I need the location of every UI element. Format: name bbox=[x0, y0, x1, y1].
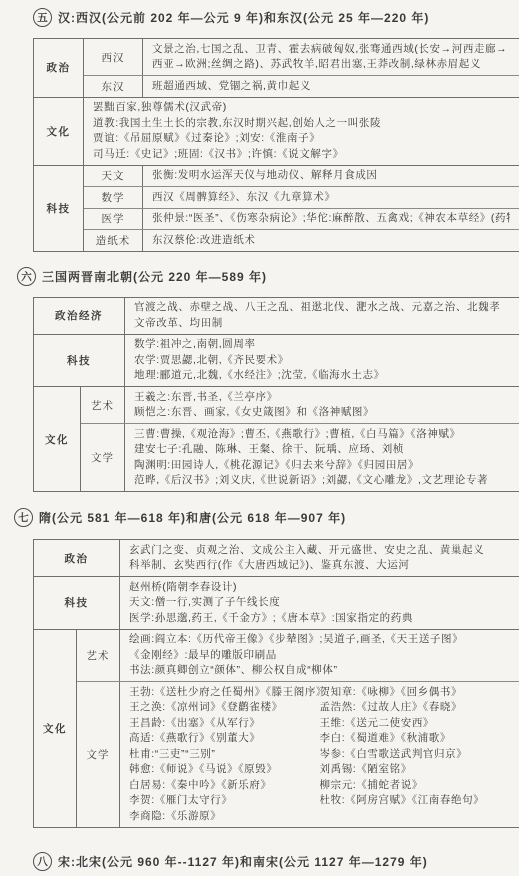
content-line: 东汉蔡伦:改进造纸术 bbox=[152, 233, 510, 249]
right-column-entry: 柳宗元:《捕蛇者说》 bbox=[320, 778, 511, 794]
row-header-cell: 科技 bbox=[34, 335, 125, 387]
content-line: 赵州桥(隋朝李春设计) bbox=[129, 580, 510, 596]
content-line: 玄武门之变、贞观之治、文成公主入藏、开元盛世、安史之乱、黄巢起义 bbox=[129, 543, 510, 559]
group-rows: 玄武门之变、贞观之治、文成公主入藏、开元盛世、安史之乱、黄巢起义科举制、玄奘西行… bbox=[120, 540, 519, 576]
section-title: 三国两晋南北朝(公元 220 年—589 年) bbox=[42, 268, 267, 285]
right-column-entry: 杜牧:《阿房宫赋》《江南春绝句》 bbox=[320, 793, 511, 809]
content-line-two-column: 李商隐:《乐游原》 bbox=[129, 809, 510, 825]
sub-header-cell: 数学 bbox=[84, 187, 143, 208]
content-line: 《金刚经》:最早的雕版印刷品 bbox=[129, 648, 510, 664]
table-group-row: 科技数学:祖冲之,南朝,圆周率农学:贾思勰,北朝,《齐民要术》地理:郦道元,北魏… bbox=[34, 335, 519, 388]
left-column-entry: 杜甫:“三吏”“三别” bbox=[129, 747, 320, 763]
left-column-entry: 王昌龄:《出塞》《从军行》 bbox=[129, 716, 320, 732]
table-row: 天文张衡:发明水运浑天仪与地动仪、解释月食成因 bbox=[84, 166, 519, 187]
content-line: 官渡之战、赤壁之战、八王之乱、祖逖北伐、淝水之战、元嘉之治、北魏孝文帝改革、均田… bbox=[134, 300, 510, 331]
content-line: 三曹:曹操,《观沧海》;曹丕,《燕歌行》;曹植,《白马篇》《洛神赋》 bbox=[134, 427, 510, 443]
group-rows: 官渡之战、赤壁之战、八王之乱、祖逖北伐、淝水之战、元嘉之治、北魏孝文帝改革、均田… bbox=[125, 298, 519, 334]
section-number-badge: 六 bbox=[17, 267, 36, 286]
content-line: 陶渊明:田园诗人,《桃花源记》《归去来兮辞》《归园田居》 bbox=[134, 458, 510, 474]
section-number-badge: 五 bbox=[33, 8, 52, 27]
section-number-badge: 八 bbox=[33, 852, 52, 871]
table-row: 数学:祖冲之,南朝,圆周率农学:贾思勰,北朝,《齐民要术》地理:郦道元,北魏,《… bbox=[125, 335, 519, 387]
content-cell: 绘画:阎立本:《历代帝王像》《步辇图》;吴道子,画圣,《天王送子图》《金刚经》:… bbox=[120, 630, 519, 682]
row-header-cell: 文化 bbox=[34, 387, 81, 491]
content-line: 司马迁:《史记》;班固:《汉书》;许慎:《说文解字》 bbox=[93, 147, 510, 163]
section-header: 七隋(公元 581 年—618 年)和唐(公元 618 年—907 年) bbox=[14, 507, 519, 527]
table-group-row: 科技天文张衡:发明水运浑天仪与地动仪、解释月食成因数学西汉《周髀算经》、东汉《九… bbox=[34, 166, 519, 252]
left-column-entry: 王之涣:《凉州词》《登鹳雀楼》 bbox=[129, 700, 320, 716]
right-column-entry: 孟浩然:《过故人庄》《春晓》 bbox=[320, 700, 511, 716]
content-line: 数学:祖冲之,南朝,圆周率 bbox=[134, 337, 510, 353]
content-line: 文景之治,七国之乱、卫青、霍去病破匈奴,张骞通西域(长安→河西走廊→西亚→欧洲;… bbox=[152, 42, 510, 73]
content-cell: 玄武门之变、贞观之治、文成公主入藏、开元盛世、安史之乱、黄巢起义科举制、玄奘西行… bbox=[120, 540, 519, 576]
left-column-entry: 白居易:《秦中吟》《新乐府》 bbox=[129, 778, 320, 794]
table-row: 罢黜百家,独尊儒术(汉武帝)道教:我国土生土长的宗教,东汉时期兴起,创始人之一叫… bbox=[84, 98, 519, 165]
section-title: 宋:北宋(公元 960 年--1127 年)和南宋(公元 1127 年—1279… bbox=[58, 853, 428, 870]
content-line-two-column: 王之涣:《凉州词》《登鹳雀楼》孟浩然:《过故人庄》《春晓》 bbox=[129, 700, 510, 716]
content-cell: 赵州桥(隋朝李春设计)天文:僧一行,实测了子午线长度医学:孙思邈,药王,《千金方… bbox=[120, 577, 519, 629]
right-column-entry: 贺知章:《咏柳》《回乡偶书》 bbox=[320, 685, 511, 701]
content-line: 顾恺之:东晋、画家,《女史箴图》和《洛神赋图》 bbox=[134, 405, 510, 421]
group-rows: 艺术绘画:阎立本:《历代帝王像》《步辇图》;吴道子,画圣,《天王送子图》《金刚经… bbox=[77, 630, 519, 827]
table-row: 玄武门之变、贞观之治、文成公主入藏、开元盛世、安史之乱、黄巢起义科举制、玄奘西行… bbox=[120, 540, 519, 576]
content-line: 地理:郦道元,北魏,《水经注》;沈莹,《临海水土志》 bbox=[134, 368, 510, 384]
content-cell: 班超通西域、党锢之祸,黄巾起义 bbox=[143, 76, 519, 97]
content-cell: 罢黜百家,独尊儒术(汉武帝)道教:我国土生土长的宗教,东汉时期兴起,创始人之一叫… bbox=[84, 98, 519, 165]
group-rows: 西汉文景之治,七国之乱、卫青、霍去病破匈奴,张骞通西域(长安→河西走廊→西亚→欧… bbox=[84, 39, 519, 97]
content-line-two-column: 高适:《燕歌行》《别董大》李白:《蜀道难》《秋浦歌》 bbox=[129, 731, 510, 747]
sub-header-cell: 艺术 bbox=[77, 630, 120, 682]
sub-header-cell: 西汉 bbox=[84, 39, 143, 75]
content-cell: 西汉《周髀算经》、东汉《九章算术》 bbox=[143, 187, 519, 208]
content-line: 罢黜百家,独尊儒术(汉武帝) bbox=[93, 100, 510, 116]
group-rows: 罢黜百家,独尊儒术(汉武帝)道教:我国土生土长的宗教,东汉时期兴起,创始人之一叫… bbox=[84, 98, 519, 165]
content-cell: 三曹:曹操,《观沧海》;曹丕,《燕歌行》;曹植,《白马篇》《洛神赋》建安七子:孔… bbox=[125, 424, 519, 491]
table-row: 艺术绘画:阎立本:《历代帝王像》《步辇图》;吴道子,画圣,《天王送子图》《金刚经… bbox=[77, 630, 519, 682]
content-line: 范晔,《后汉书》;刘义庆,《世说新语》;刘勰,《文心雕龙》,文艺理论专著 bbox=[134, 473, 510, 489]
content-line-two-column: 杜甫:“三吏”“三别”岑参:《白雪歌送武判官归京》 bbox=[129, 747, 510, 763]
section-header: 六三国两晋南北朝(公元 220 年—589 年) bbox=[17, 267, 519, 287]
content-line: 班超通西域、党锢之祸,黄巾起义 bbox=[152, 79, 510, 95]
table-row: 造纸术东汉蔡伦:改进造纸术 bbox=[84, 229, 519, 251]
sub-header-cell: 文学 bbox=[77, 682, 120, 827]
history-table: 政治玄武门之变、贞观之治、文成公主入藏、开元盛世、安史之乱、黄巢起义科举制、玄奘… bbox=[33, 539, 519, 828]
sub-header-cell: 医学 bbox=[84, 209, 143, 230]
table-group-row: 文化罢黜百家,独尊儒术(汉武帝)道教:我国土生土长的宗教,东汉时期兴起,创始人之… bbox=[34, 98, 519, 166]
scanned-document-page: 五汉:西汉(公元前 202 年—公元 9 年)和东汉(公元 25 年—220 年… bbox=[0, 7, 519, 876]
left-column-entry: 李贺:《雁门太守行》 bbox=[129, 793, 320, 809]
sub-header-cell: 造纸术 bbox=[84, 230, 143, 251]
content-line-two-column: 白居易:《秦中吟》《新乐府》柳宗元:《捕蛇者说》 bbox=[129, 778, 510, 794]
row-header-cell: 政治 bbox=[34, 540, 120, 576]
content-cell: 官渡之战、赤壁之战、八王之乱、祖逖北伐、淝水之战、元嘉之治、北魏孝文帝改革、均田… bbox=[125, 298, 519, 334]
row-header-cell: 文化 bbox=[34, 630, 77, 827]
row-header-cell: 科技 bbox=[34, 577, 120, 629]
sub-header-cell: 文学 bbox=[81, 424, 125, 491]
content-cell: 张仲景:“医圣”、《伤寒杂病论》;华佗:麻醉散、五禽戏;《神农本草经》(药物学) bbox=[143, 209, 519, 230]
table-group-row: 文化艺术绘画:阎立本:《历代帝王像》《步辇图》;吴道子,画圣,《天王送子图》《金… bbox=[34, 630, 519, 828]
content-line: 绘画:阎立本:《历代帝王像》《步辇图》;吴道子,画圣,《天王送子图》 bbox=[129, 632, 510, 648]
right-column-entry: 王维:《送元二使安西》 bbox=[320, 716, 511, 732]
sub-header-cell: 艺术 bbox=[81, 387, 125, 423]
content-line: 道教:我国土生土长的宗教,东汉时期兴起,创始人之一叫张陵 bbox=[93, 116, 510, 132]
section-title: 汉:西汉(公元前 202 年—公元 9 年)和东汉(公元 25 年—220 年) bbox=[58, 9, 429, 26]
section-header: 八宋:北宋(公元 960 年--1127 年)和南宋(公元 1127 年—127… bbox=[33, 852, 519, 872]
table-row: 医学张仲景:“医圣”、《伤寒杂病论》;华佗:麻醉散、五禽戏;《神农本草经》(药物… bbox=[84, 208, 519, 230]
table-row: 赵州桥(隋朝李春设计)天文:僧一行,实测了子午线长度医学:孙思邈,药王,《千金方… bbox=[120, 577, 519, 629]
content-line-two-column: 王勃:《送杜少府之任蜀州》《滕王阁序》贺知章:《咏柳》《回乡偶书》 bbox=[129, 685, 510, 701]
right-column-entry: 刘禹锡:《陋室铭》 bbox=[320, 762, 511, 778]
sub-header-cell: 东汉 bbox=[84, 76, 143, 97]
table-group-row: 政治西汉文景之治,七国之乱、卫青、霍去病破匈奴,张骞通西域(长安→河西走廊→西亚… bbox=[34, 39, 519, 98]
group-rows: 艺术王羲之:东晋,书圣,《兰亭序》顾恺之:东晋、画家,《女史箴图》和《洛神赋图》… bbox=[81, 387, 519, 491]
content-cell: 文景之治,七国之乱、卫青、霍去病破匈奴,张骞通西域(长安→河西走廊→西亚→欧洲;… bbox=[143, 39, 519, 75]
right-column-entry: 李白:《蜀道难》《秋浦歌》 bbox=[320, 731, 511, 747]
right-column-entry bbox=[320, 809, 511, 825]
left-column-entry: 王勃:《送杜少府之任蜀州》《滕王阁序》 bbox=[129, 685, 320, 701]
content-line: 王羲之:东晋,书圣,《兰亭序》 bbox=[134, 390, 510, 406]
table-group-row: 文化艺术王羲之:东晋,书圣,《兰亭序》顾恺之:东晋、画家,《女史箴图》和《洛神赋… bbox=[34, 387, 519, 492]
table-row: 文学王勃:《送杜少府之任蜀州》《滕王阁序》贺知章:《咏柳》《回乡偶书》王之涣:《… bbox=[77, 681, 519, 827]
group-rows: 数学:祖冲之,南朝,圆周率农学:贾思勰,北朝,《齐民要术》地理:郦道元,北魏,《… bbox=[125, 335, 519, 387]
content-cell: 王勃:《送杜少府之任蜀州》《滕王阁序》贺知章:《咏柳》《回乡偶书》王之涣:《凉州… bbox=[120, 682, 519, 827]
content-cell: 东汉蔡伦:改进造纸术 bbox=[143, 230, 519, 251]
content-line-two-column: 王昌龄:《出塞》《从军行》王维:《送元二使安西》 bbox=[129, 716, 510, 732]
table-row: 文学三曹:曹操,《观沧海》;曹丕,《燕歌行》;曹植,《白马篇》《洛神赋》建安七子… bbox=[81, 423, 519, 491]
content-line-two-column: 韩愈:《师说》《马说》《原毁》刘禹锡:《陋室铭》 bbox=[129, 762, 510, 778]
left-column-entry: 李商隐:《乐游原》 bbox=[129, 809, 320, 825]
content-cell: 张衡:发明水运浑天仪与地动仪、解释月食成因 bbox=[143, 166, 519, 187]
section-number-badge: 七 bbox=[14, 508, 33, 527]
group-rows: 赵州桥(隋朝李春设计)天文:僧一行,实测了子午线长度医学:孙思邈,药王,《千金方… bbox=[120, 577, 519, 629]
content-cell: 数学:祖冲之,南朝,圆周率农学:贾思勰,北朝,《齐民要术》地理:郦道元,北魏,《… bbox=[125, 335, 519, 387]
content-line: 张仲景:“医圣”、《伤寒杂病论》;华佗:麻醉散、五禽戏;《神农本草经》(药物学) bbox=[152, 211, 510, 227]
content-line: 医学:孙思邈,药王,《千金方》;《唐本草》:国家指定的药典 bbox=[129, 611, 510, 627]
left-column-entry: 高适:《燕歌行》《别董大》 bbox=[129, 731, 320, 747]
row-header-cell: 政治 bbox=[34, 39, 84, 97]
table-row: 东汉班超通西域、党锢之祸,黄巾起义 bbox=[84, 75, 519, 97]
left-column-entry: 韩愈:《师说》《马说》《原毁》 bbox=[129, 762, 320, 778]
right-column-entry: 岑参:《白雪歌送武判官归京》 bbox=[320, 747, 511, 763]
table-group-row: 政治玄武门之变、贞观之治、文成公主入藏、开元盛世、安史之乱、黄巢起义科举制、玄奘… bbox=[34, 540, 519, 577]
row-header-cell: 科技 bbox=[34, 166, 84, 251]
section-header: 五汉:西汉(公元前 202 年—公元 9 年)和东汉(公元 25 年—220 年… bbox=[33, 7, 519, 27]
row-header-cell: 文化 bbox=[34, 98, 84, 165]
table-row: 数学西汉《周髀算经》、东汉《九章算术》 bbox=[84, 186, 519, 208]
group-rows: 天文张衡:发明水运浑天仪与地动仪、解释月食成因数学西汉《周髀算经》、东汉《九章算… bbox=[84, 166, 519, 251]
content-line-two-column: 李贺:《雁门太守行》杜牧:《阿房宫赋》《江南春绝句》 bbox=[129, 793, 510, 809]
content-line: 建安七子:孔融、陈琳、王粲、徐干、阮瑀、应玚、刘桢 bbox=[134, 442, 510, 458]
table-row: 官渡之战、赤壁之战、八王之乱、祖逖北伐、淝水之战、元嘉之治、北魏孝文帝改革、均田… bbox=[125, 298, 519, 334]
content-line: 农学:贾思勰,北朝,《齐民要术》 bbox=[134, 353, 510, 369]
content-cell: 王羲之:东晋,书圣,《兰亭序》顾恺之:东晋、画家,《女史箴图》和《洛神赋图》 bbox=[125, 387, 519, 423]
content-line: 贾谊:《吊屈原赋》《过秦论》;刘安:《淮南子》 bbox=[93, 131, 510, 147]
table-row: 艺术王羲之:东晋,书圣,《兰亭序》顾恺之:东晋、画家,《女史箴图》和《洛神赋图》 bbox=[81, 387, 519, 423]
content-line: 天文:僧一行,实测了子午线长度 bbox=[129, 595, 510, 611]
sub-header-cell: 天文 bbox=[84, 166, 143, 187]
content-line: 书法:颜真卿创立“颜体”、柳公权自成“柳体” bbox=[129, 663, 510, 679]
content-line: 西汉《周髀算经》、东汉《九章算术》 bbox=[152, 190, 510, 206]
table-row: 西汉文景之治,七国之乱、卫青、霍去病破匈奴,张骞通西域(长安→河西走廊→西亚→欧… bbox=[84, 39, 519, 75]
section-title: 隋(公元 581 年—618 年)和唐(公元 618 年—907 年) bbox=[39, 509, 346, 526]
row-header-cell: 政治经济 bbox=[34, 298, 125, 334]
table-group-row: 政治经济官渡之战、赤壁之战、八王之乱、祖逖北伐、淝水之战、元嘉之治、北魏孝文帝改… bbox=[34, 298, 519, 335]
history-table: 政治西汉文景之治,七国之乱、卫青、霍去病破匈奴,张骞通西域(长安→河西走廊→西亚… bbox=[33, 38, 519, 252]
content-line: 科举制、玄奘西行(作《大唐西域记》)、鉴真东渡、大运河 bbox=[129, 558, 510, 574]
table-group-row: 科技赵州桥(隋朝李春设计)天文:僧一行,实测了子午线长度医学:孙思邈,药王,《千… bbox=[34, 577, 519, 630]
history-table: 政治经济官渡之战、赤壁之战、八王之乱、祖逖北伐、淝水之战、元嘉之治、北魏孝文帝改… bbox=[33, 297, 519, 493]
content-line: 张衡:发明水运浑天仪与地动仪、解释月食成因 bbox=[152, 168, 510, 184]
